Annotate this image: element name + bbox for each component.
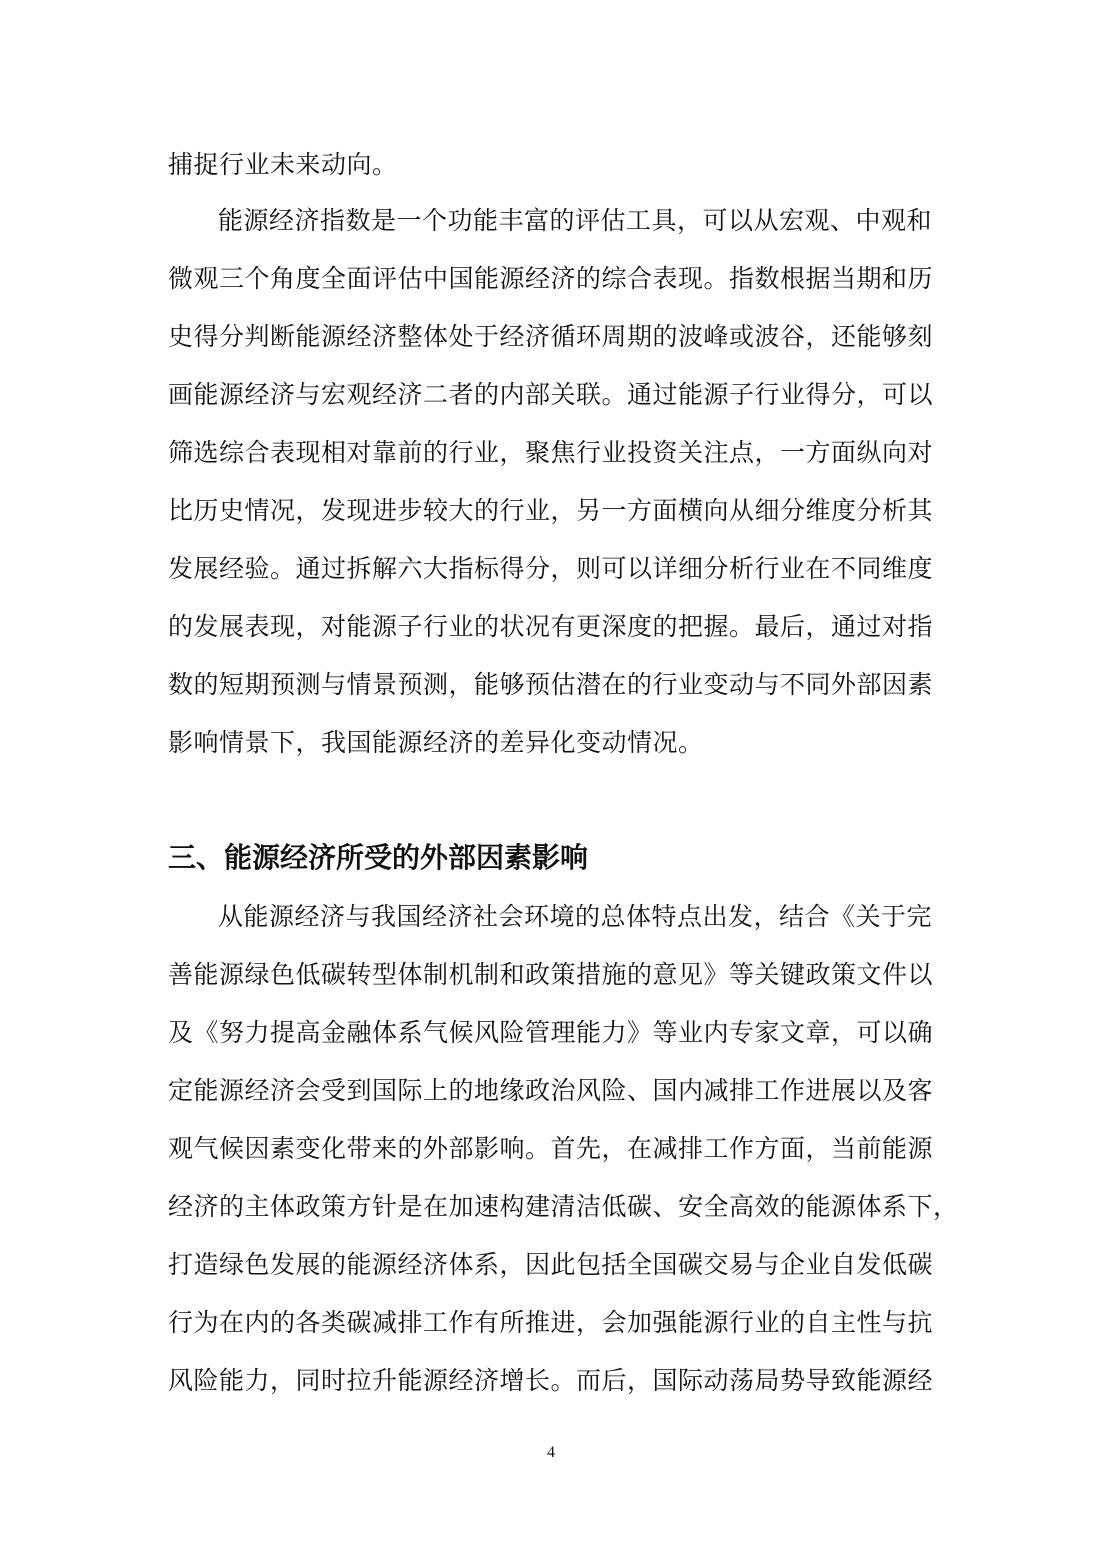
paragraph-line: 经济的主体政策方针是在加速构建清洁低碳、安全高效的能源体系下， — [168, 1190, 938, 1224]
paragraph-line: 观气候因素变化带来的外部影响。首先，在减排工作方面，当前能源 — [168, 1132, 938, 1166]
paragraph-line: 史得分判断能源经济整体处于经济循环周期的波峰或波谷，还能够刻 — [168, 320, 938, 354]
paragraph-line: 比历史情况，发现进步较大的行业，另一方面横向从细分维度分析其 — [168, 494, 938, 528]
page-number: 4 — [0, 1444, 1102, 1462]
paragraph-line: 数的短期预测与情景预测，能够预估潜在的行业变动与不同外部因素 — [168, 668, 938, 702]
document-page: 捕捉行业未来动向。 能源经济指数是一个功能丰富的评估工具，可以从宏观、中观和 微… — [0, 0, 1102, 1559]
paragraph-line: 风险能力，同时拉升能源经济增长。而后，国际动荡局势导致能源经 — [168, 1364, 938, 1398]
paragraph-line: 画能源经济与宏观经济二者的内部关联。通过能源子行业得分，可以 — [168, 378, 938, 412]
paragraph-line: 善能源绿色低碳转型体制机制和政策措施的意见》等关键政策文件以 — [168, 958, 938, 992]
paragraph-line: 打造绿色发展的能源经济体系，因此包括全国碳交易与企业自发低碳 — [168, 1248, 938, 1282]
paragraph-line: 发展经验。通过拆解六大指标得分，则可以详细分析行业在不同维度 — [168, 552, 938, 586]
paragraph-line: 筛选综合表现相对靠前的行业，聚焦行业投资关注点，一方面纵向对 — [168, 436, 938, 470]
paragraph-line: 及《努力提高金融体系气候风险管理能力》等业内专家文章，可以确 — [168, 1016, 938, 1050]
section-heading: 三、能源经济所受的外部因素影响 — [168, 838, 588, 878]
paragraph-line: 微观三个角度全面评估中国能源经济的综合表现。指数根据当期和历 — [168, 262, 938, 296]
paragraph-line: 行为在内的各类碳减排工作有所推进，会加强能源行业的自主性与抗 — [168, 1306, 938, 1340]
paragraph-line: 的发展表现，对能源子行业的状况有更深度的把握。最后，通过对指 — [168, 610, 938, 644]
paragraph-line: 捕捉行业未来动向。 — [168, 148, 938, 182]
paragraph-line: 影响情景下，我国能源经济的差异化变动情况。 — [168, 726, 938, 760]
paragraph-line: 定能源经济会受到国际上的地缘政治风险、国内减排工作进展以及客 — [168, 1074, 938, 1108]
paragraph-line: 能源经济指数是一个功能丰富的评估工具，可以从宏观、中观和 — [218, 204, 988, 238]
paragraph-line: 从能源经济与我国经济社会环境的总体特点出发，结合《关于完 — [218, 900, 988, 934]
